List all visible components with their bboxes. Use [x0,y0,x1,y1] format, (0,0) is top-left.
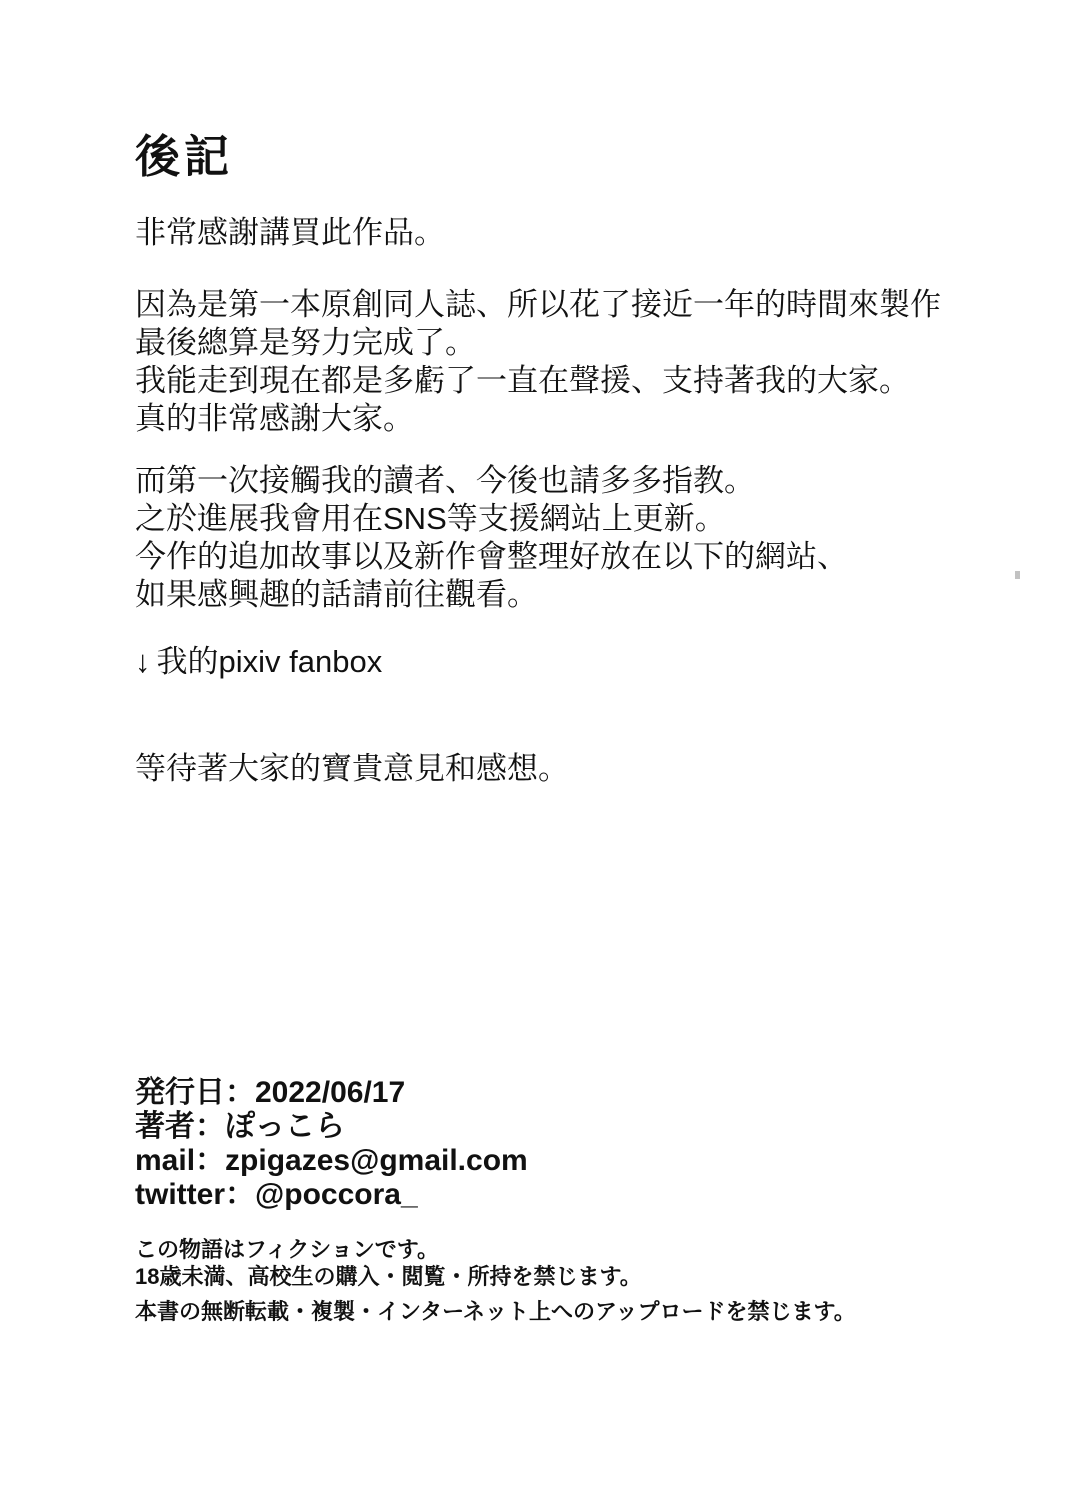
text-line: 今作的追加故事以及新作會整理好放在以下的網站、 [135,538,848,576]
page-title: 後記 [135,132,233,182]
fanbox-pointer-line: ↓我的pixiv fanbox [135,643,382,681]
disclaimer-fiction: この物語はフィクションです。 [135,1236,856,1263]
scan-artifact-speck [1015,571,1020,579]
feedback-line: 等待著大家的寶貴意見和感想。 [135,750,569,788]
paragraph-readers: 而第一次接觸我的讀者、今後也請多多指教。 之於進展我會用在SNS等支援網站上更新… [135,462,848,614]
colophon-author: 著者：ぽっこら [135,1110,528,1144]
text-line: 之於進展我會用在SNS等支援網站上更新。 [135,500,848,538]
text-line: 真的非常感謝大家。 [135,400,941,438]
colophon-twitter: twitter：@poccora_ [135,1178,528,1212]
paragraph-making: 因為是第一本原創同人誌、所以花了接近一年的時間來製作 最後總算是努力完成了。 我… [135,286,941,438]
down-arrow-icon: ↓ [135,643,151,681]
fanbox-pointer-label: 我的pixiv fanbox [157,644,383,679]
text-line: 最後總算是努力完成了。 [135,324,941,362]
text-line: 因為是第一本原創同人誌、所以花了接近一年的時間來製作 [135,286,941,324]
disclaimer-upload: 本書の無断転載・複製・インターネット上へのアップロードを禁じます。 [135,1298,856,1325]
colophon-publish-date: 発行日：2022/06/17 [135,1076,528,1110]
paragraph-thanks: 非常感謝講買此作品。 [135,214,445,252]
disclaimer: この物語はフィクションです。 18歳未満、高校生の購入・閲覧・所持を禁じます。 … [135,1236,856,1325]
afterword-page: 後記 非常感謝講買此作品。 因為是第一本原創同人誌、所以花了接近一年的時間來製作… [0,0,1080,1502]
text-line: 如果感興趣的話請前往觀看。 [135,576,848,614]
text-line: 非常感謝講買此作品。 [135,214,445,252]
colophon-mail: mail：zpigazes@gmail.com [135,1144,528,1178]
disclaimer-age: 18歳未満、高校生の購入・閲覧・所持を禁じます。 [135,1263,856,1290]
text-line: 而第一次接觸我的讀者、今後也請多多指教。 [135,462,848,500]
text-line: 我能走到現在都是多虧了一直在聲援、支持著我的大家。 [135,362,941,400]
colophon: 発行日：2022/06/17 著者：ぽっこら mail：zpigazes@gma… [135,1076,528,1212]
